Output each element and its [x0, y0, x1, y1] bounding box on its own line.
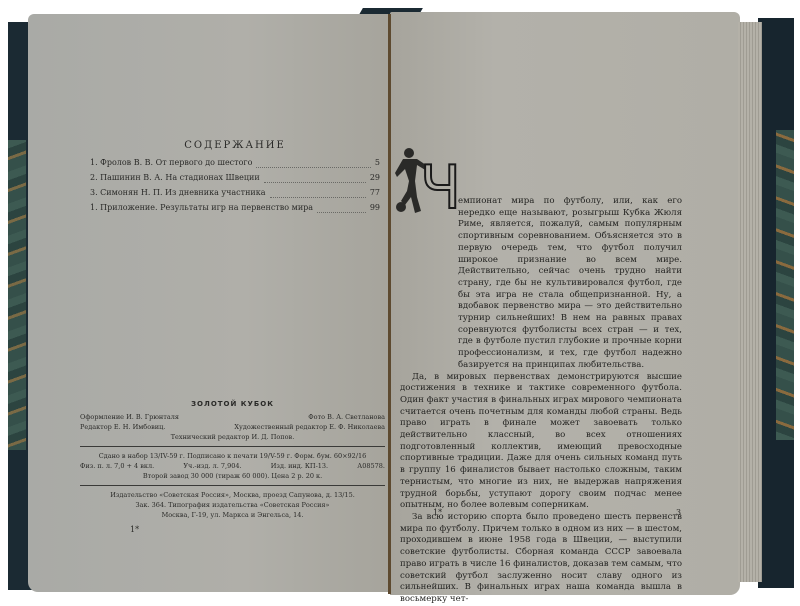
photo-credit: Фото В. А. Светланова — [308, 412, 385, 422]
print-info: Сдано в набор 13/IV-59 г. Подписано к пе… — [80, 451, 385, 461]
book-title: ЗОЛОТОЙ КУБОК — [80, 400, 385, 408]
printer-line: Зак. 364. Типография издательства «Совет… — [80, 500, 385, 510]
toc-item: 1. Фролов В. В. От первого до шестого 5 — [90, 158, 380, 173]
gutter — [388, 14, 391, 594]
paragraph: емпионат мира по футболу, или, как его н… — [400, 196, 682, 372]
leader-dots — [264, 173, 366, 183]
toc-item: 1. Приложение. Результаты игр на первенс… — [90, 203, 380, 218]
print-info-row: Физ. п. л. 7,0 + 4 вкл. Уч.-изд. л. 7,90… — [80, 461, 385, 471]
publishing-index: Изд. инд. КП-13. — [271, 461, 328, 471]
divider — [80, 446, 385, 447]
publishing-sheets: Уч.-изд. л. 7,904. — [183, 461, 241, 471]
marbled-corner-left — [8, 140, 26, 450]
divider — [80, 485, 385, 486]
signature-mark: 1* — [130, 525, 139, 534]
censor-code: А08578. — [357, 461, 385, 471]
leader-dots — [256, 158, 371, 168]
toc-item-page: 29 — [370, 173, 380, 188]
paragraph: Да, в мировых первенствах демонстрируютс… — [400, 372, 682, 512]
toc-title: СОДЕРЖАНИЕ — [90, 140, 380, 151]
toc-item-page: 77 — [370, 188, 380, 203]
page-number: 3 — [676, 508, 681, 517]
credits-row: Редактор Е. Н. Имбовиц. Художественный р… — [80, 422, 385, 432]
table-of-contents: 1. Фролов В. В. От первого до шестого 5 … — [90, 158, 380, 218]
toc-item: 3. Симонян Н. П. Из дневника участника 7… — [90, 188, 380, 203]
leader-dots — [317, 203, 366, 213]
toc-item: 2. Пашинин В. А. На стадионах Швеции 29 — [90, 173, 380, 188]
paragraph: За всю историю спорта было проведено шес… — [400, 512, 682, 606]
chapter-text: емпионат мира по футболу, или, как его н… — [400, 196, 682, 606]
tech-editor-credit: Технический редактор И. Д. Попов. — [80, 432, 385, 442]
toc-item-page: 5 — [375, 158, 380, 173]
leader-dots — [270, 188, 366, 198]
editor-credit: Редактор Е. Н. Имбовиц. — [80, 422, 165, 432]
page-edges — [738, 22, 762, 582]
imprint-block: ЗОЛОТОЙ КУБОК Оформление И. В. Грюнталя … — [80, 400, 385, 520]
design-credit: Оформление И. В. Грюнталя — [80, 412, 179, 422]
print-sheets: Физ. п. л. 7,0 + 4 вкл. — [80, 461, 154, 471]
toc-item-label: 2. Пашинин В. А. На стадионах Швеции — [90, 173, 260, 188]
art-editor-credit: Художественный редактор Е. Ф. Николаева — [234, 422, 385, 432]
toc-item-label: 1. Приложение. Результаты игр на первенс… — [90, 203, 313, 218]
credits-row: Оформление И. В. Грюнталя Фото В. А. Све… — [80, 412, 385, 422]
toc-item-label: 1. Фролов В. В. От первого до шестого — [90, 158, 252, 173]
marbled-corner-right — [776, 130, 794, 440]
print-run-price: Второй завод 30 000 (тираж 60 000). Цена… — [80, 471, 385, 481]
signature-mark: 1* — [433, 508, 442, 517]
printer-address: Москва, Г-19, ул. Маркса и Энгельса, 14. — [80, 510, 385, 520]
publisher-line: Издательство «Советская Россия», Москва,… — [80, 490, 385, 500]
toc-item-page: 99 — [370, 203, 380, 218]
toc-item-label: 3. Симонян Н. П. Из дневника участника — [90, 188, 266, 203]
